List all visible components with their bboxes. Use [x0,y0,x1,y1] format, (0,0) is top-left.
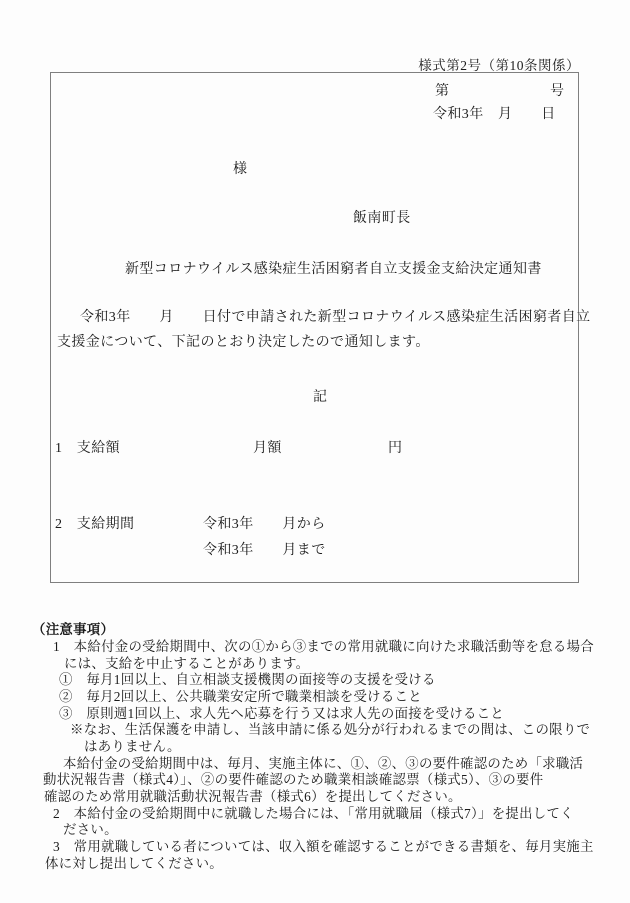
notes-section: （注意事項） 1 本給付金の受給期間中、次の①から③までの常用就職に向けた求職活… [0,0,630,903]
note-sub-item-circled-3: ③ 原則週1回以上、求人先へ応募を行う又は求人先の面接を受けること [59,706,504,721]
document-page: 様式第2号（第10条関係） 第 号 令和3年 月 日 様 飯南町長 新型コロナウ… [0,0,630,903]
note-asterisk-remark: ※なお、生活保護を申請し、当該申請に係る処分が行われるまでの間は、この限りで [70,722,590,737]
note-item-1-paragraph-line-3: 確認のため常用就職活動状況報告書（様式6）を提出してください。 [44,789,462,804]
note-sub-item-circled-1: ① 毎月1回以上、自立相談支援機関の面接等の支援を受ける [59,672,436,687]
note-item-1: 1 本給付金の受給期間中、次の①から③までの常用就職に向けた求職活動等を怠る場合 [53,639,594,654]
note-item-3-cont: 体に対し提出してください。 [45,856,223,871]
note-item-2-cont: ださい。 [63,822,118,837]
note-item-1-cont: には、支給を中止することがあります。 [64,656,309,671]
note-item-1-paragraph-line-2: 動状況報告書（様式4）」、②の要件確認のため職業相談確認票（様式5）、③の要件 [43,772,543,787]
note-sub-item-circled-2: ② 毎月2回以上、公共職業安定所で職業相談を受けること [59,689,422,704]
note-asterisk-remark-cont: はありません。 [84,739,181,754]
note-item-3: 3 常用就職している者については、収入額を確認することができる書類を、毎月実施主 [53,839,594,854]
note-item-2: 2 本給付金の受給期間中に就職した場合には、「常用就職届（様式7）」を提出してく [53,806,574,821]
note-item-1-paragraph-line-1: 本給付金の受給期間中は、毎月、実施主体に、①、②、③の要件確認のため「求職活 [63,756,583,771]
notes-heading: （注意事項） [32,622,114,637]
